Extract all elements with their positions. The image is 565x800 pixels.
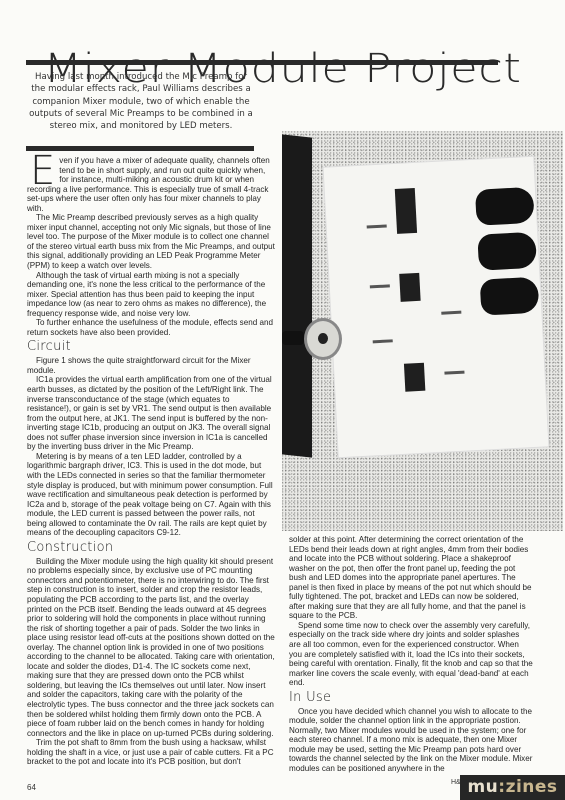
muzines-badge[interactable]: mu:zines: [460, 775, 565, 800]
badge-text: mu: [467, 777, 498, 797]
resistor: [444, 371, 464, 375]
ic-chip: [404, 363, 425, 392]
resistor: [370, 284, 390, 288]
page-number: 64: [27, 783, 36, 792]
paragraph: Trim the pot shaft to 8mm from the bush …: [27, 738, 275, 767]
paragraph: IC1a provides the virtual earth amplific…: [27, 375, 275, 451]
front-panel: [282, 134, 312, 457]
paragraph: solder at this point. After determining …: [289, 535, 533, 621]
title-rule: [26, 60, 498, 65]
pcb-photo: [282, 131, 563, 531]
intro-paragraph: Even if you have a mixer of adequate qua…: [27, 156, 275, 213]
potentiometer: [304, 318, 342, 360]
paragraph: Metering is by means of a ten LED ladder…: [27, 452, 275, 538]
jack-socket: [475, 187, 535, 226]
paragraph: The Mic Preamp described previously serv…: [27, 213, 275, 270]
paragraph: Figure 1 shows the quite straightforward…: [27, 356, 275, 375]
paragraph: To further enhance the usefulness of the…: [27, 318, 275, 337]
paragraph: Spend some time now to check over the as…: [289, 621, 533, 688]
standfirst: Having last month introduced the Mic Pre…: [28, 71, 254, 132]
jack-socket: [477, 232, 537, 271]
resistor: [441, 311, 461, 315]
ic-chip: [399, 273, 420, 302]
drop-cap: E: [30, 156, 55, 186]
circuit-board: [323, 156, 550, 459]
standfirst-rule: [26, 146, 254, 151]
heading-in-use: In Use: [289, 690, 533, 706]
badge-text-accent: :zines: [498, 777, 557, 797]
heading-construction: Construction: [27, 540, 275, 556]
jack-socket: [480, 277, 540, 316]
heading-circuit: Circuit: [27, 339, 275, 355]
paragraph: Although the task of virtual earth mixin…: [27, 271, 275, 319]
paragraph: Building the Mixer module using the high…: [27, 557, 275, 738]
resistor: [367, 224, 387, 228]
column-left: Even if you have a mixer of adequate qua…: [27, 156, 275, 767]
resistor: [373, 339, 393, 343]
paragraph: Once you have decided which channel you …: [289, 707, 533, 774]
column-right: solder at this point. After determining …: [289, 535, 533, 774]
ic-chip: [395, 188, 417, 234]
pot-shaft: [282, 331, 304, 345]
